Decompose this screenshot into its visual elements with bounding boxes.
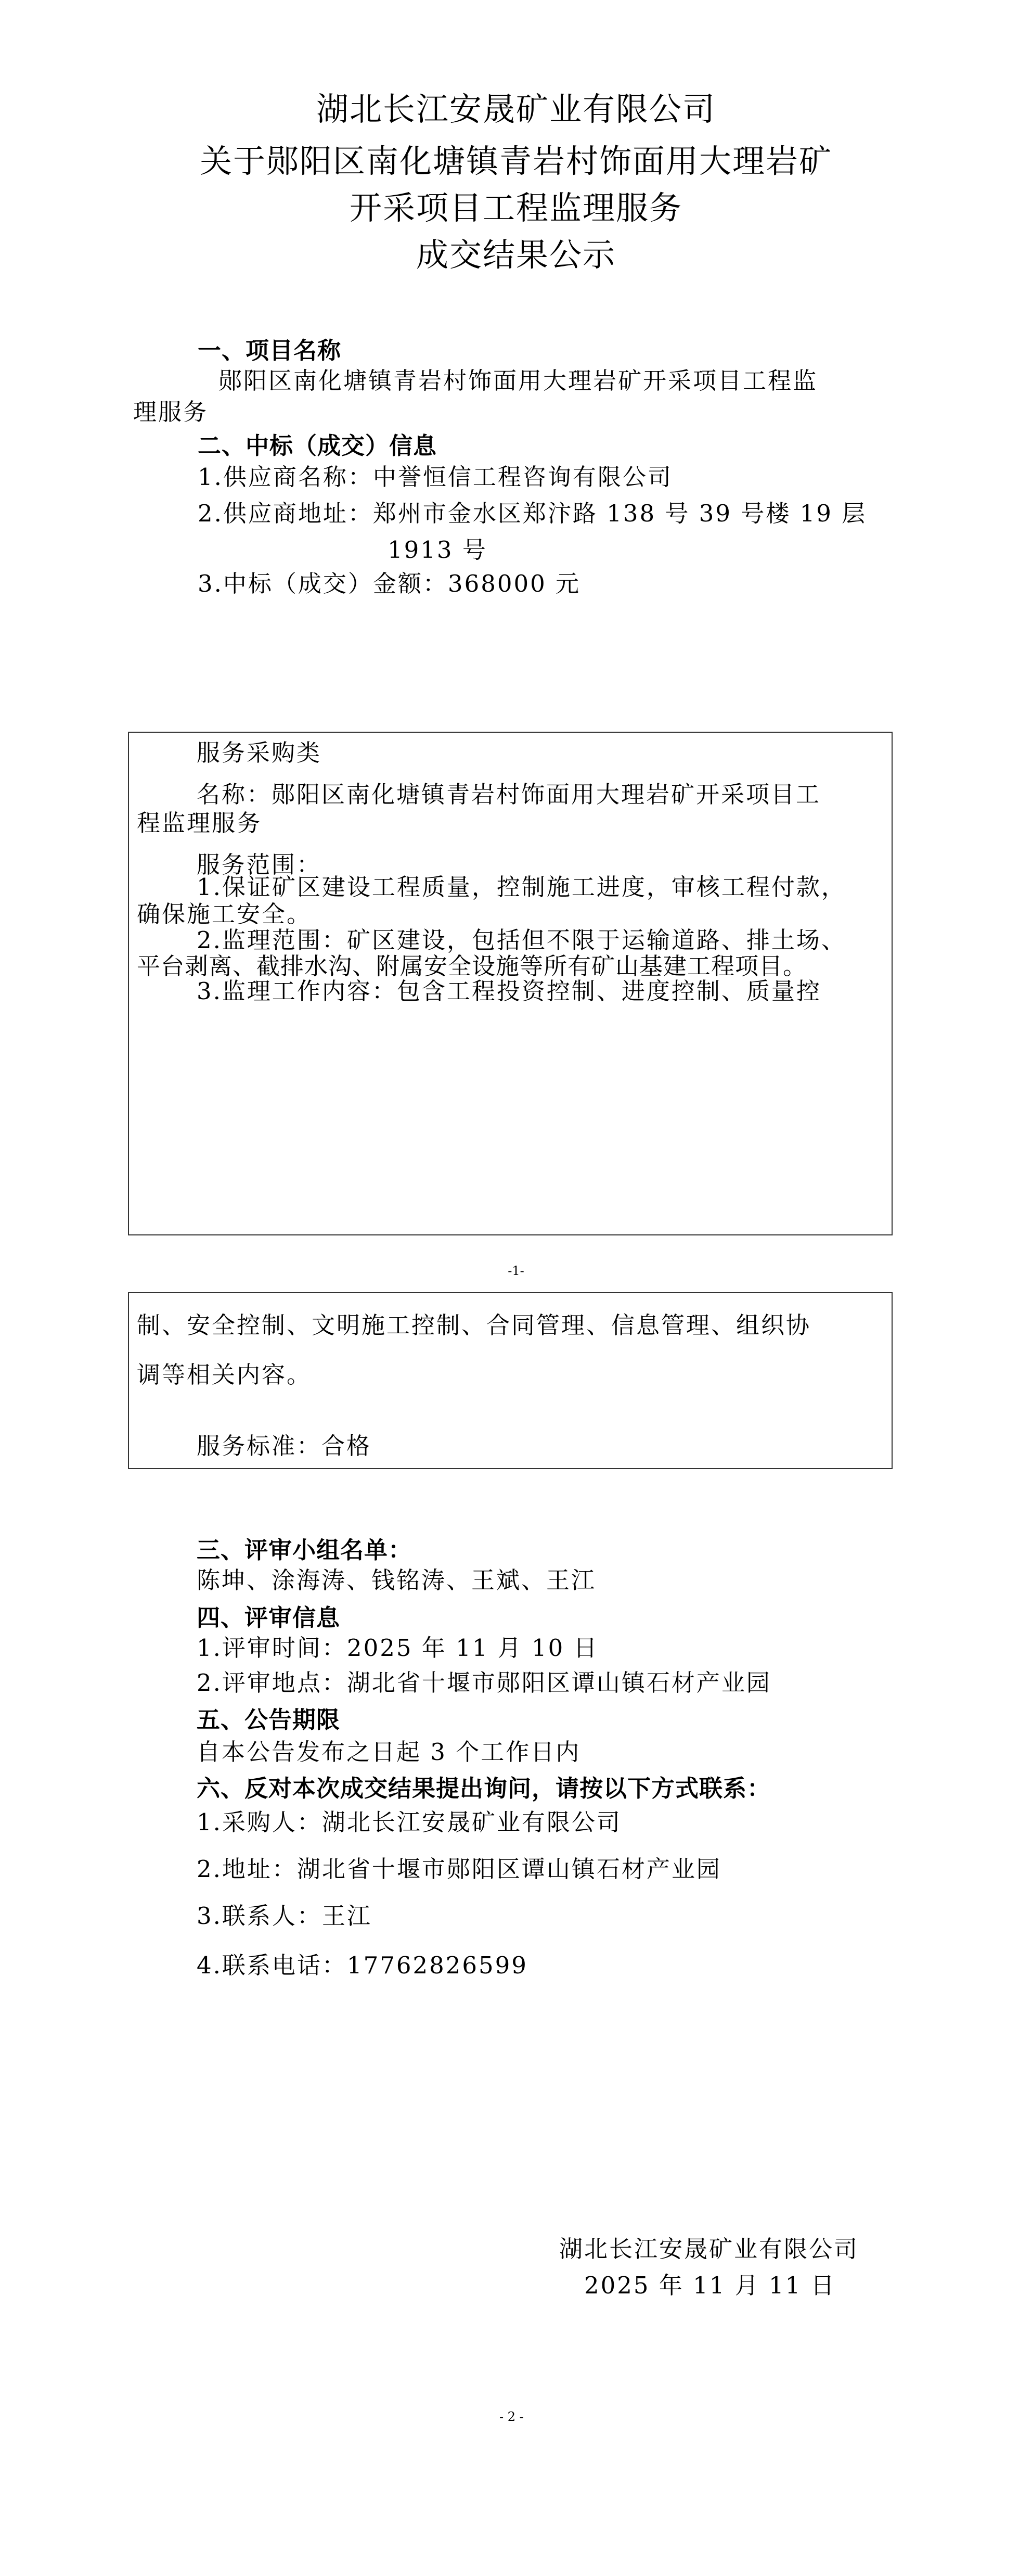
supplier-address-line2: 1913 号 xyxy=(388,531,487,565)
project-name-line1: 郧阳区南化塘镇青岩村饰面用大理岩矿开采项目工程监 xyxy=(218,362,818,396)
buyer: 1.采购人：湖北长江安晟矿业有限公司 xyxy=(197,1803,622,1837)
service-standard: 服务标准：合格 xyxy=(197,1427,371,1461)
title-project-line2: 开采项目工程监理服务 xyxy=(0,182,1032,228)
section6-heading: 六、反对本次成交结果提出询问，请按以下方式联系： xyxy=(197,1769,771,1803)
supplier-address-line1: 2.供应商地址：郑州市金水区郑汴路 138 号 39 号楼 19 层 xyxy=(198,494,867,528)
scope-item3-line2: 制、安全控制、文明施工控制、合同管理、信息管理、组织协 xyxy=(137,1306,811,1340)
title-announcement: 成交结果公示 xyxy=(0,229,1032,275)
signature-date: 2025 年 11 月 11 日 xyxy=(584,2266,836,2300)
announcement-period: 自本公告发布之日起 3 个工作日内 xyxy=(197,1733,580,1767)
procurement-category: 服务采购类 xyxy=(197,734,321,768)
section1-heading: 一、项目名称 xyxy=(198,331,341,365)
service-name-line1: 名称：郧阳区南化塘镇青岩村饰面用大理岩矿开采项目工 xyxy=(197,775,821,809)
page-number-2: - 2 - xyxy=(499,2409,524,2424)
review-time: 1.评审时间：2025 年 11 月 10 日 xyxy=(197,1629,599,1663)
page-number-1: -1- xyxy=(0,1264,1032,1278)
supplier-name: 1.供应商名称：中誉恒信工程咨询有限公司 xyxy=(198,458,673,492)
scope-item3-line3: 调等相关内容。 xyxy=(137,1356,312,1389)
section2-heading: 二、中标（成交）信息 xyxy=(198,427,437,461)
buyer-address: 2.地址：湖北省十堰市郧阳区谭山镇石材产业园 xyxy=(197,1850,721,1884)
scope-item3-line1: 3.监理工作内容：包含工程投资控制、进度控制、质量控 xyxy=(197,972,821,1006)
panel-members: 陈坤、涂海涛、钱铭涛、王斌、王江 xyxy=(197,1561,596,1595)
section4-heading: 四、评审信息 xyxy=(197,1599,340,1633)
signature-company: 湖北长江安晟矿业有限公司 xyxy=(559,2230,859,2264)
contact-phone: 4.联系电话：17762826599 xyxy=(197,1946,528,1980)
section3-heading: 三、评审小组名单： xyxy=(197,1531,412,1565)
title-project-line1: 关于郧阳区南化塘镇青岩村饰面用大理岩矿 xyxy=(0,135,1032,182)
service-name-line2: 程监理服务 xyxy=(137,804,262,838)
project-name-line2: 理服务 xyxy=(133,393,208,427)
review-place: 2.评审地点：湖北省十堰市郧阳区谭山镇石材产业园 xyxy=(197,1664,771,1698)
section5-heading: 五、公告期限 xyxy=(197,1701,340,1735)
contact-person: 3.联系人：王江 xyxy=(197,1897,372,1931)
title-company: 湖北长江安晟矿业有限公司 xyxy=(0,83,1032,130)
bid-amount: 3.中标（成交）金额：368000 元 xyxy=(198,565,580,598)
